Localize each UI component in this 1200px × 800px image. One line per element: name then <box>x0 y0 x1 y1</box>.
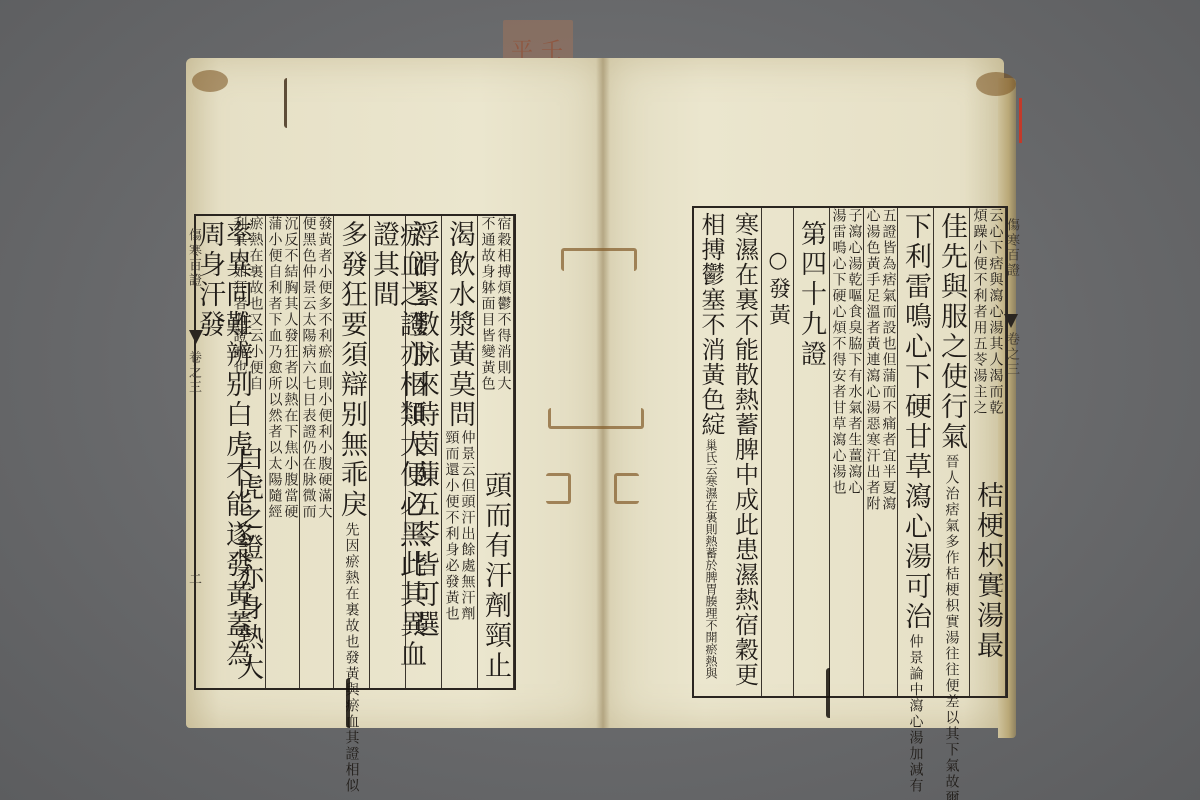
annotation: 不通故身躰面目皆變黃色 <box>481 216 495 471</box>
text-column: 下利雷鳴心下硬甘草瀉心湯可治 仲景論中瀉心湯加減有 <box>898 208 934 696</box>
annotation: 仲景論中瀉心湯加減有 <box>909 634 923 794</box>
text-column: 相搏鬱塞不消黃色綻 巢氏云寒濕在裏則熱蓄於脾胃腠理不開瘀熱與 <box>694 208 728 696</box>
text-column: 沉反不結胸其人發狂者以熱在下焦小腹當硬 蒲小便自利者下血乃愈所以然者以太陽隨經 <box>266 216 300 688</box>
wormhole-trace <box>546 473 571 504</box>
annotation: 子瀉心湯乾嘔食臭脇下有水氣者生薑瀉心 <box>848 208 862 496</box>
book-spine <box>596 58 610 728</box>
text-column: 云心下痞與瀉心湯其人渴而乾 煩躁小便不利者用五苓湯主之 桔梗枳實湯最 <box>970 208 1006 696</box>
left-text-block: 宿穀相搏煩鬱不得消則大 不通故身躰面目皆變黃色 頭而有汗劑頸止 渴飲水漿黃莫問 … <box>194 214 516 690</box>
ink-crack <box>346 678 354 728</box>
margin-title: 傷寒百證 <box>1002 218 1021 278</box>
annotation: 宿穀相搏煩鬱不得消則大 <box>497 216 511 471</box>
annotation: 先因瘀熱在裏故也發黃與瘀血其證相似 <box>345 522 359 794</box>
annotation: 煩躁小便不利者用五苓湯主之 <box>973 208 987 481</box>
annotation: 云心下痞與瀉心湯其人渴而乾 <box>989 208 1003 481</box>
main-text: 佳先與服之使行氣 <box>938 212 965 452</box>
right-text-block: 云心下痞與瀉心湯其人渴而乾 煩躁小便不利者用五苓湯主之 桔梗枳實湯最 佳先與服之… <box>692 206 1008 698</box>
text-column: 子瀉心湯乾嘔食臭脇下有水氣者生薑瀉心 湯雷鳴心下硬心煩不得安者甘草瀉心湯也 <box>830 208 864 696</box>
wormhole-trace <box>284 78 293 128</box>
wormhole-trace <box>561 248 637 271</box>
main-text: 率異同難辨别白虎不能遂發黃蓋為周身汗發 <box>196 220 250 688</box>
margin-volume: 卷之三 <box>184 350 203 395</box>
binding-thread <box>1019 98 1022 143</box>
main-text: 多發狂要須辯别無乖戾 <box>338 220 365 520</box>
section-heading: ○發黃 <box>767 248 789 329</box>
annotation: 便黑色仲景云太陽病六七日表證仍在脉微而 <box>302 216 316 520</box>
text-column: 寒濕在裏不能散熱蓄脾中成此患濕熱宿穀更 <box>728 208 762 696</box>
open-book: 宿穀相搏煩鬱不得消則大 不通故身躰面目皆變黃色 頭而有汗劑頸止 渴飲水漿黃莫問 … <box>186 58 1016 733</box>
text-column: 渴飲水漿黃莫問 仲景云但頭汗出餘處無汗劑 頸而還小便不利身必發黃也 <box>442 216 478 688</box>
wormhole-trace <box>548 408 644 429</box>
text-column: 佳先與服之使行氣 晉人治痞氣多作桔梗枳實湯往往便差以其下氣故爾 <box>934 208 970 696</box>
annotation: 巢氏云寒濕在裏則熱蓄於脾胃腠理不開瘀熱與 <box>705 439 717 679</box>
annotation: 沉反不結胸其人發狂者以熱在下焦小腹當硬 <box>284 216 298 520</box>
text-column: 宿穀相搏煩鬱不得消則大 不通故身躰面目皆變黃色 頭而有汗劑頸止 <box>478 216 514 688</box>
annotation: 發黃者小便多不利瘀血則小便利小腹硬滿大 <box>318 216 332 520</box>
main-text: 下利雷鳴心下硬甘草瀉心湯可治 <box>902 212 929 632</box>
margin-title: 傷寒百證 <box>184 228 203 288</box>
text-column: 多發狂要須辯别無乖戾 先因瘀熱在裏故也發黃與瘀血其證相似 <box>334 216 370 688</box>
annotation: 心湯色黃手足溫者黃連瀉心湯惡寒汗出者附 <box>866 208 880 512</box>
margin-volume: 卷之三 <box>1002 332 1021 377</box>
annotation: 仲景云但頭汗出餘處無汗劑 <box>461 430 475 622</box>
main-text: 相搏鬱塞不消黃色綻 <box>699 212 723 437</box>
ink-crack <box>826 668 834 718</box>
section-heading-column: ○發黃 <box>762 208 794 696</box>
main-text: 寒濕在裏不能散熱蓄脾中成此患濕熱宿穀更 <box>733 212 757 687</box>
annotation: 頸而還小便不利身必發黃也 <box>445 430 459 622</box>
main-text: 瘀血之證亦相類大便必黑此其異血證其間 <box>370 220 424 688</box>
main-text: 頭而有汗劑頸止 <box>482 471 509 681</box>
annotation: 晉人治痞氣多作桔梗枳實湯往往便差以其下氣故爾 <box>945 454 959 800</box>
text-column: 發黃者小便多不利瘀血則小便利小腹硬滿大 便黑色仲景云太陽病六七日表證仍在脉微而 <box>300 216 334 688</box>
folio-number: 七 <box>986 580 1005 595</box>
text-column: 瘀血之證亦相類大便必黑此其異血證其間 <box>370 216 406 688</box>
main-text: 渴飲水漿黃莫問 <box>446 220 473 430</box>
annotation: 蒲小便自利者下血乃愈所以然者以太陽隨經 <box>268 216 282 520</box>
chapter-heading-column: 第四十九證 <box>794 208 830 696</box>
annotation: 五證皆為痞氣而設也但蒲而不痛者宜半夏瀉 <box>882 208 896 512</box>
folio-number: 二 <box>184 572 203 587</box>
corner-damage <box>976 72 1016 96</box>
chapter-heading: 第四十九證 <box>799 220 825 370</box>
annotation: 湯雷鳴心下硬心煩不得安者甘草瀉心湯也 <box>832 208 846 496</box>
main-text: 桔梗枳實湯最 <box>974 481 1001 661</box>
wormhole-trace <box>614 473 639 504</box>
corner-damage <box>192 70 228 92</box>
text-column: 五證皆為痞氣而設也但蒲而不痛者宜半夏瀉 心湯色黃手足溫者黃連瀉心湯惡寒汗出者附 <box>864 208 898 696</box>
